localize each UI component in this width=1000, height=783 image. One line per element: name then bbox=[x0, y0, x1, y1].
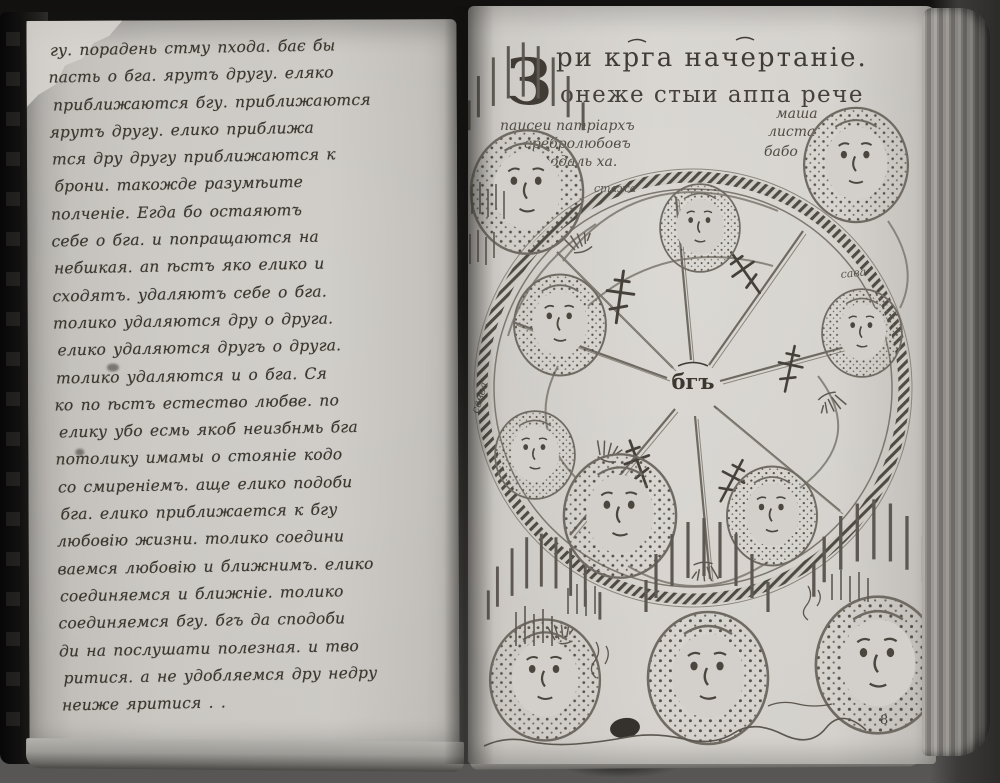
circle-diagram: З ри крга начертаніе. онеже стыи аппа ре… bbox=[468, 6, 936, 764]
monk-face bbox=[490, 620, 600, 741]
monk-face bbox=[564, 454, 676, 577]
bottom-mark: 8 bbox=[880, 713, 888, 728]
sideways-scribble bbox=[768, 702, 832, 706]
monk-face bbox=[514, 275, 606, 376]
face-label-right: сава bbox=[840, 265, 867, 281]
book-block-edge bbox=[26, 738, 464, 772]
monk-face bbox=[648, 612, 768, 744]
monk-face bbox=[660, 184, 740, 272]
titlo-mark bbox=[628, 38, 754, 43]
monk-face bbox=[804, 108, 908, 222]
center-god-label: бгъ bbox=[672, 369, 715, 394]
monk-face bbox=[727, 467, 817, 566]
ink-smudge bbox=[75, 449, 84, 456]
book-fore-edge bbox=[922, 8, 990, 756]
face-label-top: стажа bbox=[594, 182, 636, 195]
margin-note-right: бабо bbox=[764, 144, 798, 160]
hand-fingers bbox=[814, 388, 847, 418]
heading-initial: З bbox=[506, 45, 552, 120]
left-page: гу. порадень стму пхода. бає бы пасть о … bbox=[26, 19, 459, 747]
titlo-mark bbox=[678, 363, 708, 367]
ink-smudge bbox=[107, 364, 119, 372]
heading-line1: ри крга начертаніе. bbox=[556, 43, 868, 73]
manuscript-photo: гу. порадень стму пхода. бає бы пасть о … bbox=[0, 0, 1000, 783]
monk-face bbox=[816, 597, 936, 734]
manuscript-line: неиже яритися . . bbox=[62, 685, 452, 719]
margin-note-right: маша bbox=[776, 106, 818, 122]
left-page-text: гу. порадень стму пхода. бає бы пасть о … bbox=[48, 30, 452, 719]
monk-face bbox=[495, 411, 575, 499]
margin-note-right: листа bbox=[768, 124, 815, 140]
heading-line2: онеже стыи аппа рече bbox=[560, 82, 864, 108]
sideways-scribble bbox=[803, 586, 820, 620]
monk-face bbox=[822, 289, 902, 377]
